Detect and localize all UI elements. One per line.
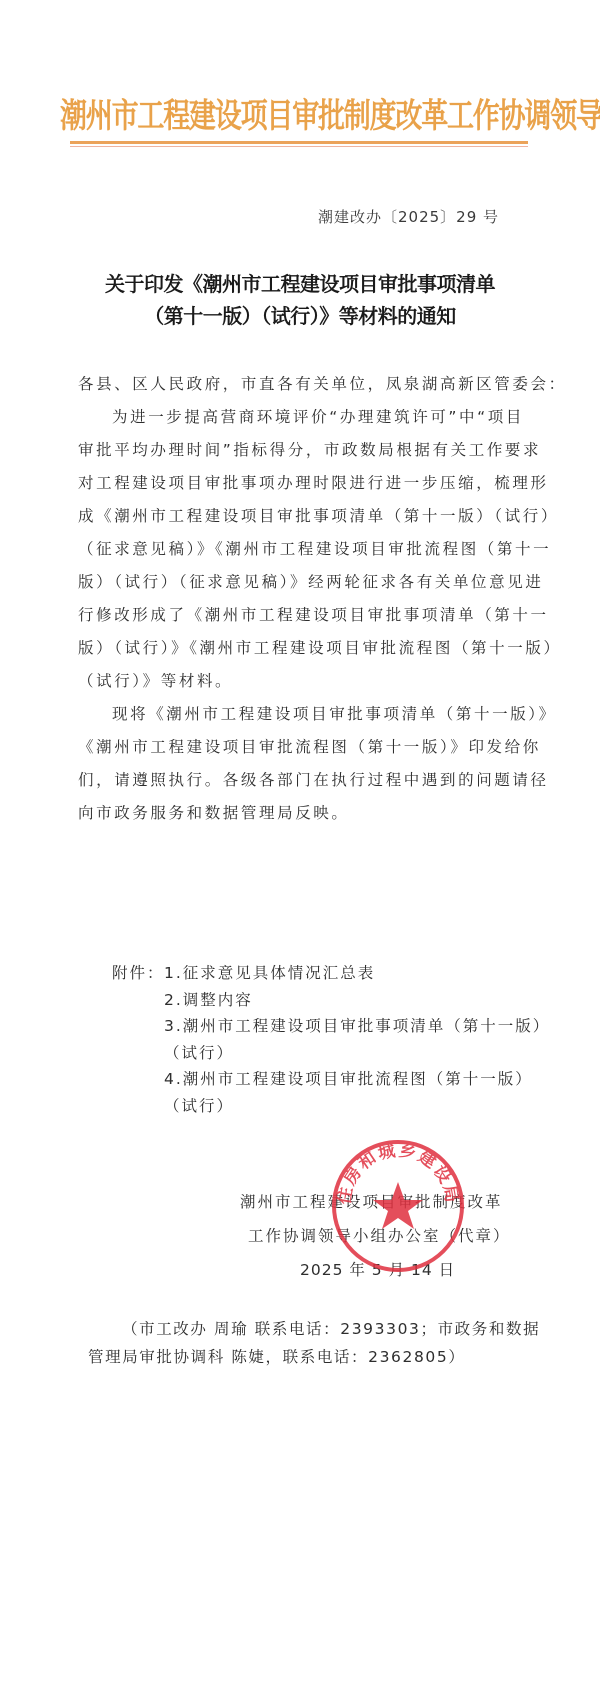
letterhead-title: 潮州市工程建设项目审批制度改革工作协调领导小组办公室 — [60, 88, 540, 137]
attachment-item-text: 2.调整内容 — [112, 987, 550, 1014]
letterhead-rule — [70, 141, 528, 144]
paragraph-2-line: 《潮州市工程建设项目审批流程图（第十一版）》印发给你 — [78, 731, 528, 764]
signature-org-line-2: 工作协调领导小组办公室（代章） — [240, 1219, 540, 1253]
attachment-item-text: 4.潮州市工程建设项目审批流程图（第十一版） — [112, 1066, 550, 1093]
contact-line-1: （市工改办 周瑜 联系电话：2393303；市政务和数据 — [88, 1315, 540, 1343]
paragraph-1-line: （试行）》等材料。 — [78, 665, 528, 698]
notice-title-line-2: （第十一版）（试行）》等材料的通知 — [60, 300, 540, 332]
contact-info: （市工改办 周瑜 联系电话：2393303；市政务和数据 管理局审批协调科 陈婕… — [88, 1315, 540, 1371]
addressee: 各县、区人民政府，市直各有关单位，凤泉湖高新区管委会： — [78, 368, 528, 401]
contact-line-2: 管理局审批协调科 陈婕，联系电话：2362805） — [88, 1343, 540, 1371]
paragraph-1-line: 行修改形成了《潮州市工程建设项目审批事项清单（第十一 — [78, 599, 528, 632]
signature-date: 2025 年 5 月 14 日 — [240, 1253, 540, 1287]
paragraph-1-line: 版）（试行）》《潮州市工程建设项目审批流程图（第十一版） — [78, 632, 528, 665]
notice-body: 各县、区人民政府，市直各有关单位，凤泉湖高新区管委会： 为进一步提高营商环境评价… — [78, 368, 528, 830]
attachments-label: 附件： — [112, 960, 164, 987]
attachment-item-text: 1.征求意见具体情况汇总表 — [164, 960, 375, 987]
attachment-item-continuation: （试行） — [112, 1093, 550, 1120]
document-number: 潮建改办〔2025〕29 号 — [318, 206, 499, 227]
notice-title-line-1: 关于印发《潮州市工程建设项目审批事项清单 — [60, 268, 540, 300]
paragraph-1-line: （征求意见稿）》《潮州市工程建设项目审批流程图（第十一 — [78, 533, 528, 566]
paragraph-2-line: 现将《潮州市工程建设项目审批事项清单（第十一版）》 — [78, 698, 528, 731]
attachment-item: 附件： 1.征求意见具体情况汇总表 — [112, 960, 550, 987]
paragraph-1-line: 审批平均办理时间”指标得分，市政数局根据有关工作要求 — [78, 434, 528, 467]
attachment-item-text: 3.潮州市工程建设项目审批事项清单（第十一版） — [112, 1013, 550, 1040]
paragraph-1-line: 对工程建设项目审批事项办理时限进行进一步压缩，梳理形 — [78, 467, 528, 500]
paragraph-2-line: 们，请遵照执行。各级各部门在执行过程中遇到的问题请径 — [78, 764, 528, 797]
signature-block: 潮州市工程建设项目审批制度改革 工作协调领导小组办公室（代章） 2025 年 5… — [240, 1185, 540, 1287]
paragraph-2-line: 向市政务服务和数据管理局反映。 — [78, 797, 528, 830]
letterhead-rule-secondary — [70, 146, 528, 147]
paragraph-1-line: 成《潮州市工程建设项目审批事项清单（第十一版）（试行） — [78, 500, 528, 533]
attachment-item-continuation: （试行） — [112, 1040, 550, 1067]
attachments-list: 附件： 1.征求意见具体情况汇总表 2.调整内容 3.潮州市工程建设项目审批事项… — [112, 960, 550, 1119]
document-page: 潮州市工程建设项目审批制度改革工作协调领导小组办公室 潮建改办〔2025〕29 … — [0, 0, 600, 1696]
paragraph-1-line: 为进一步提高营商环境评价“办理建筑许可”中“项目 — [78, 401, 528, 434]
paragraph-1-line: 版）（试行）（征求意见稿）》经两轮征求各有关单位意见进 — [78, 566, 528, 599]
signature-org-line-1: 潮州市工程建设项目审批制度改革 — [240, 1185, 540, 1219]
notice-title: 关于印发《潮州市工程建设项目审批事项清单 （第十一版）（试行）》等材料的通知 — [60, 268, 540, 332]
